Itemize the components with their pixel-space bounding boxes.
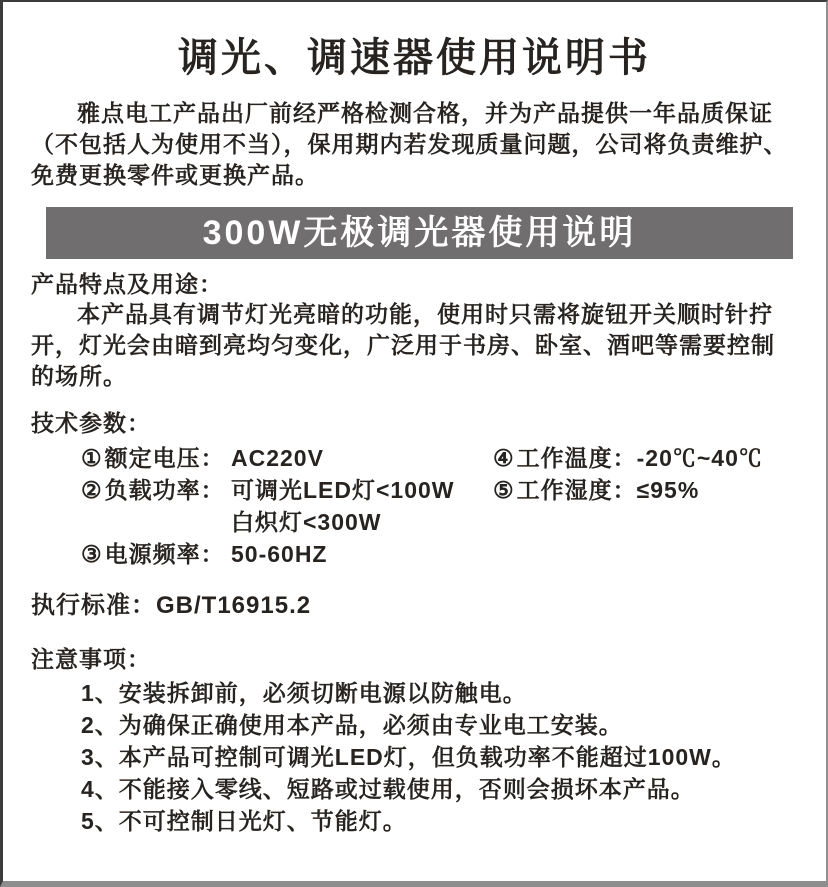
warranty-line: 免费更换零件或更换产品。 — [31, 160, 800, 191]
circled-number: ③ — [81, 541, 103, 567]
document-title: 调光、调速器使用说明书 — [3, 34, 826, 82]
tech-params-heading: 技术参数： — [31, 408, 800, 438]
features-heading: 产品特点及用途： — [31, 269, 800, 299]
param-value: ≤95% — [637, 477, 700, 503]
warranty-line: （不包括人为使用不当），保用期内若发现质量问题，公司将负责维护、 — [31, 129, 800, 160]
param-value: 50-60HZ — [231, 541, 327, 567]
param-value: 可调光LED灯<100W — [231, 477, 455, 503]
param-value: AC220V — [231, 445, 324, 471]
param-label: 工作温度： — [517, 445, 637, 471]
note-item: 4、不能接入零线、短路或过载使用，否则会损坏本产品。 — [81, 774, 800, 804]
section-banner: 300W无极调光器使用说明 — [46, 207, 793, 259]
features-paragraph: 本产品具有调节灯光亮暗的功能，使用时只需将旋钮开关顺时针拧 开，灯光会由暗到亮均… — [31, 299, 800, 392]
standard-label: 执行标准： — [31, 592, 156, 619]
standard-value: GB/T16915.2 — [156, 592, 311, 619]
note-item: 3、本产品可控制可调光LED灯，但负载功率不能超过100W。 — [81, 742, 800, 772]
tech-param-row: ①额定电压：AC220V — [81, 442, 493, 474]
tech-param-row: 白炽灯<300W — [81, 506, 493, 538]
circled-number: ② — [81, 477, 103, 503]
circled-number: ④ — [493, 445, 515, 471]
notes-heading: 注意事项： — [31, 644, 800, 674]
note-item: 2、为确保正确使用本产品，必须由专业电工安装。 — [81, 710, 800, 740]
tech-param-row: ②负载功率：可调光LED灯<100W — [81, 474, 493, 506]
param-label: 电源频率： — [105, 541, 225, 567]
execution-standard: 执行标准：GB/T16915.2 — [31, 590, 800, 622]
instruction-sheet: 调光、调速器使用说明书 雅点电工产品出厂前经严格检测合格，并为产品提供一年品质保… — [0, 0, 828, 887]
features-line: 本产品具有调节灯光亮暗的功能，使用时只需将旋钮开关顺时针拧 — [31, 299, 800, 330]
circled-number: ① — [81, 445, 103, 471]
param-value: -20℃~40℃ — [637, 445, 763, 471]
features-line: 开，灯光会由暗到亮均匀变化，广泛用于书房、卧室、酒吧等需要控制 — [31, 330, 800, 361]
param-label: 负载功率： — [105, 477, 225, 503]
circled-number: ⑤ — [493, 477, 515, 503]
tech-param-row: ⑤工作湿度：≤95% — [493, 474, 763, 506]
tech-param-row: ④工作温度：-20℃~40℃ — [493, 442, 763, 474]
warranty-line: 雅点电工产品出厂前经严格检测合格，并为产品提供一年品质保证 — [31, 98, 800, 129]
tech-params: ①额定电压：AC220V ②负载功率：可调光LED灯<100W 白炽灯<300W… — [31, 442, 826, 570]
param-value: 白炽灯<300W — [231, 509, 382, 535]
warranty-paragraph: 雅点电工产品出厂前经严格检测合格，并为产品提供一年品质保证 （不包括人为使用不当… — [31, 98, 800, 191]
note-item: 5、不可控制日光灯、节能灯。 — [81, 806, 800, 836]
param-label: 额定电压： — [105, 445, 225, 471]
note-item: 1、安装拆卸前，必须切断电源以防触电。 — [81, 678, 800, 708]
tech-params-right-column: ④工作温度：-20℃~40℃ ⑤工作湿度：≤95% — [493, 442, 763, 570]
tech-param-row: ③电源频率：50-60HZ — [81, 538, 493, 570]
param-label: 工作湿度： — [517, 477, 637, 503]
features-line: 的场所。 — [31, 361, 800, 392]
notes-list: 1、安装拆卸前，必须切断电源以防触电。 2、为确保正确使用本产品，必须由专业电工… — [31, 678, 800, 836]
tech-params-left-column: ①额定电压：AC220V ②负载功率：可调光LED灯<100W 白炽灯<300W… — [81, 442, 493, 570]
